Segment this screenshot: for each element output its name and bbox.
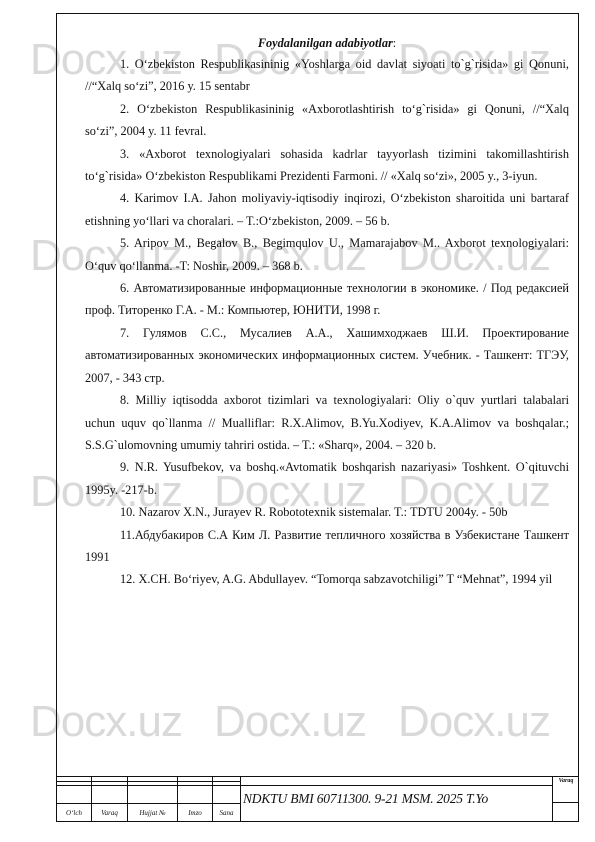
reference-item: 3. «Axborot texnologiyalari sohasida kad…	[85, 143, 569, 188]
stamp-col-sana: Sana	[213, 808, 240, 818]
reference-item: 4. Karimov I.A. Jahon moliyaviy-iqtisodi…	[85, 187, 569, 232]
reference-item: 1. O‘zbekiston Respublikasininig «Yoshla…	[85, 53, 569, 98]
reference-item: 6. Автоматизированные информационные тех…	[85, 277, 569, 322]
reference-item: 5. Aripov M., Begalov B., Begimqulov U.,…	[85, 232, 569, 277]
reference-item: 7. Гулямов С.С., Мусалиев А.А., Хашимход…	[85, 322, 569, 389]
reference-item: 8. Milliy iqtisodda axborot tizimlari va…	[85, 389, 569, 456]
reference-list: 1. O‘zbekiston Respublikasininig «Yoshla…	[85, 53, 569, 591]
stamp-col-hujjat: Hujjat №	[128, 808, 177, 818]
stamp-col-varaq: Varaq	[92, 808, 127, 818]
reference-item: 10. Nazarov X.N., Jurayev R. Robototexni…	[85, 501, 569, 523]
reference-item: 9. N.R. Yusufbekov, va boshq.«Avtomatik …	[85, 456, 569, 501]
reference-item: 12. X.CH. Bo‘riyev, A.G. Abdullayev. “To…	[85, 568, 569, 590]
title-colon: :	[393, 36, 396, 50]
document-body: Foydalanilgan adabiyotlar: 1. O‘zbekisto…	[85, 34, 569, 591]
page-title: Foydalanilgan adabiyotlar:	[85, 34, 569, 52]
reference-item: 11.Абдубакиров С.А Ким Л. Развитие тепли…	[85, 524, 569, 569]
stamp-col-imzo: Imzo	[178, 808, 212, 818]
sheet-label: Varaq	[553, 778, 579, 784]
stamp-rule	[56, 781, 241, 782]
stamp-divider	[240, 776, 241, 822]
stamp-border-top	[56, 776, 579, 777]
stamp-rule	[552, 802, 579, 803]
stamp-rule	[56, 785, 552, 786]
title-text: Foydalanilgan adabiyotlar	[258, 36, 393, 50]
stamp-col-olch: O‘lch	[57, 808, 91, 818]
reference-item: 2. O‘zbekiston Respublikasininig «Axboro…	[85, 98, 569, 143]
document-code: NDKTU BMI 60711300. 9-21 MSM. 2025 T.Yo	[243, 791, 551, 807]
stamp-rule	[56, 803, 241, 804]
